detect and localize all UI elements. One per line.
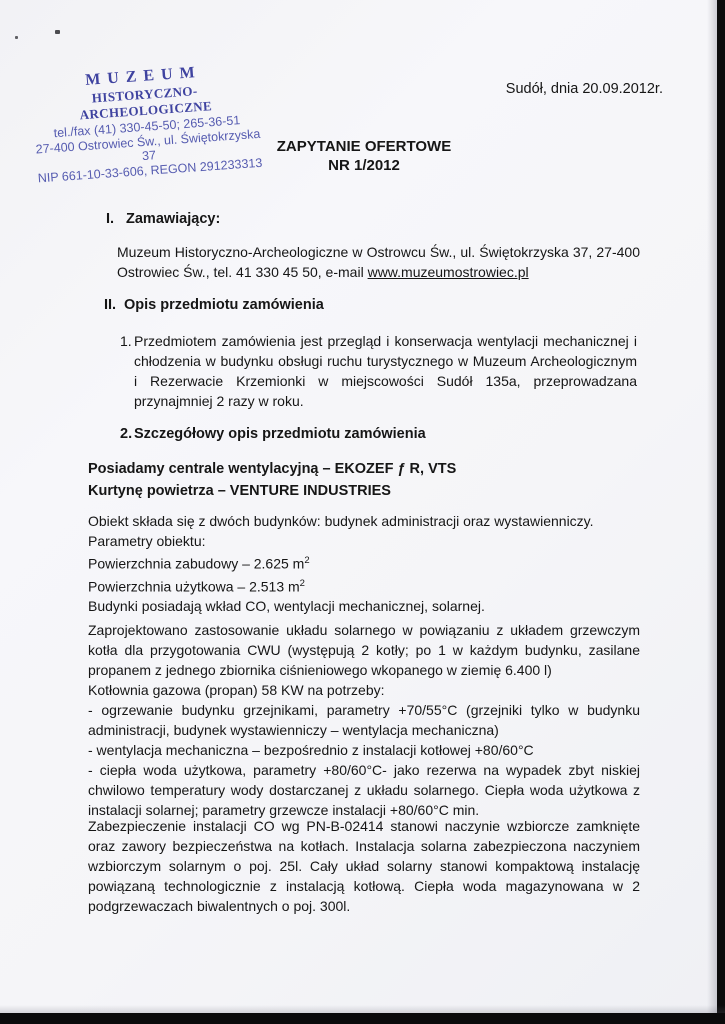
solar-design-paragraph: Zaprojektowano zastosowanie układu solar… <box>88 620 640 680</box>
usable-area-superscript: 2 <box>300 578 305 589</box>
heating-bullet: - ogrzewanie budynku grzejnikami, parame… <box>88 700 640 740</box>
usable-area-line: Powierzchnia użytkowa – 2.513 m2 <box>88 574 648 597</box>
item-2-number: 2. <box>120 424 134 444</box>
document-title-line1: ZAPYTANIE OFERTOWE <box>88 137 640 156</box>
installations-line: Budynki posiadają wkład CO, wentylacji m… <box>88 597 648 617</box>
website-link: www.muzeumostrowiec.pl <box>368 264 529 280</box>
item-2-text: Szczegółowy opis przedmiotu zamówienia <box>134 424 426 444</box>
scan-edge-right <box>717 0 725 1024</box>
section-2-label: Opis przedmiotu zamówienia <box>124 297 324 313</box>
place-and-date: Sudół, dnia 20.09.2012r. <box>506 81 663 97</box>
built-up-area-superscript: 2 <box>304 555 309 566</box>
section-1-number: I. <box>106 211 122 227</box>
section-1-heading: I. Zamawiający: <box>106 211 220 227</box>
boiler-room-line: Kotłownia gazowa (propan) 58 KW na potrz… <box>88 680 640 700</box>
scan-edge-bottom <box>0 1013 725 1024</box>
built-up-area-text: Powierzchnia zabudowy – 2.625 m <box>88 556 304 572</box>
document-title-line2: NR 1/2012 <box>88 156 640 175</box>
document-title: ZAPYTANIE OFERTOWE NR 1/2012 <box>88 137 640 175</box>
usable-area-text: Powierzchnia użytkowa – 2.513 m <box>88 579 300 595</box>
building-composition-line: Obiekt składa się z dwóch budynków: budy… <box>88 512 648 532</box>
ventilation-bullet: - wentylacja mechaniczna – bezpośrednio … <box>88 740 640 760</box>
contracting-authority-paragraph: Muzeum Historyczno-Archeologiczne w Ostr… <box>117 242 640 282</box>
scan-edge-shadow-bottom <box>0 1005 725 1013</box>
scan-edge-shadow-right <box>707 0 717 1024</box>
air-curtain-line: Kurtynę powietrza – VENTURE INDUSTRIES <box>88 480 648 502</box>
equipment-summary: Posiadamy centrale wentylacyjną – EKOZEF… <box>88 458 648 502</box>
section-2-number: II. <box>104 297 120 313</box>
scanned-document-page: MUZEUM HISTORYCZNO-ARCHEOLOGICZNE tel./f… <box>0 0 725 1024</box>
section-1-label: Zamawiający: <box>126 211 220 227</box>
ventilation-unit-line: Posiadamy centrale wentylacyjną – EKOZEF… <box>88 458 648 480</box>
scan-speck <box>55 30 60 34</box>
item-1-number: 1. <box>120 331 134 411</box>
order-description-item-2: 2. Szczegółowy opis przedmiotu zamówieni… <box>120 424 426 444</box>
hot-water-bullet: - ciepła woda użytkowa, parametry +80/60… <box>88 760 640 820</box>
building-parameters: Obiekt składa się z dwóch budynków: budy… <box>88 512 648 617</box>
safety-installation-paragraph: Zabezpieczenie instalacji CO wg PN-B-024… <box>88 816 640 916</box>
order-description-item-1: 1. Przedmiotem zamówienia jest przegląd … <box>120 331 637 411</box>
section-2-heading: II. Opis przedmiotu zamówienia <box>104 297 324 313</box>
scan-speck <box>15 36 18 39</box>
solar-system-description: Zaprojektowano zastosowanie układu solar… <box>88 620 640 820</box>
built-up-area-line: Powierzchnia zabudowy – 2.625 m2 <box>88 551 648 574</box>
item-1-text: Przedmiotem zamówienia jest przegląd i k… <box>134 331 637 411</box>
building-parameters-label: Parametry obiektu: <box>88 532 648 552</box>
